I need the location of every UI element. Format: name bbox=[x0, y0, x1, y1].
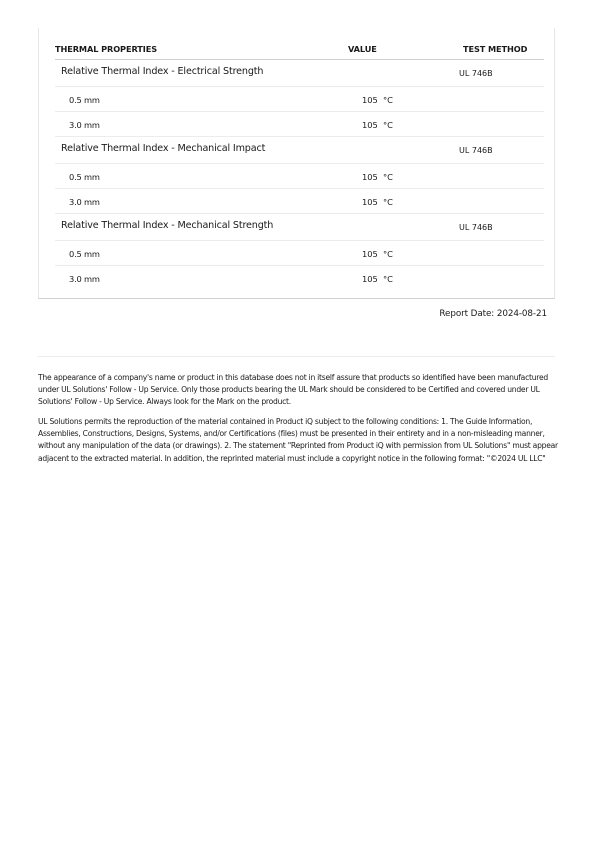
property-group-row: Relative Thermal Index - Electrical Stre… bbox=[55, 60, 544, 87]
unit: °C bbox=[383, 172, 393, 182]
thickness: 3.0 mm bbox=[69, 197, 100, 207]
thickness: 0.5 mm bbox=[69, 249, 100, 259]
thickness: 0.5 mm bbox=[69, 172, 100, 182]
test-method: UL 746B bbox=[459, 69, 493, 78]
thickness: 3.0 mm bbox=[69, 120, 100, 130]
thickness: 3.0 mm bbox=[69, 274, 100, 284]
header-test-method: TEST METHOD bbox=[463, 44, 527, 54]
header-property: THERMAL PROPERTIES bbox=[55, 44, 157, 54]
value: 105 bbox=[362, 172, 378, 182]
table-row: 3.0 mm 105 °C bbox=[55, 112, 544, 137]
table-row: 3.0 mm 105 °C bbox=[55, 266, 544, 291]
divider bbox=[38, 356, 555, 357]
unit: °C bbox=[383, 249, 393, 259]
property-name: Relative Thermal Index - Electrical Stre… bbox=[61, 66, 263, 77]
property-name: Relative Thermal Index - Mechanical Impa… bbox=[61, 143, 265, 154]
header-value: VALUE bbox=[348, 44, 377, 54]
unit: °C bbox=[383, 274, 393, 284]
value: 105 bbox=[362, 95, 378, 105]
property-group-row: Relative Thermal Index - Mechanical Stre… bbox=[55, 214, 544, 241]
property-name: Relative Thermal Index - Mechanical Stre… bbox=[61, 220, 273, 231]
value: 105 bbox=[362, 249, 378, 259]
table-header: THERMAL PROPERTIES VALUE TEST METHOD bbox=[55, 38, 544, 60]
test-method: UL 746B bbox=[459, 223, 493, 232]
value: 105 bbox=[362, 197, 378, 207]
thermal-properties-table: THERMAL PROPERTIES VALUE TEST METHOD Rel… bbox=[38, 28, 555, 299]
table-row: 3.0 mm 105 °C bbox=[55, 189, 544, 214]
unit: °C bbox=[383, 95, 393, 105]
reproduction-notice-paragraph: UL Solutions permits the reproduction of… bbox=[38, 416, 558, 465]
table-row: 0.5 mm 105 °C bbox=[55, 164, 544, 189]
value: 105 bbox=[362, 274, 378, 284]
value: 105 bbox=[362, 120, 378, 130]
test-method: UL 746B bbox=[459, 146, 493, 155]
property-group-row: Relative Thermal Index - Mechanical Impa… bbox=[55, 137, 544, 164]
report-date: Report Date: 2024-08-21 bbox=[439, 309, 547, 319]
unit: °C bbox=[383, 197, 393, 207]
table-row: 0.5 mm 105 °C bbox=[55, 87, 544, 112]
disclaimer-paragraph: The appearance of a company's name or pr… bbox=[38, 372, 558, 409]
table-row: 0.5 mm 105 °C bbox=[55, 241, 544, 266]
unit: °C bbox=[383, 120, 393, 130]
thickness: 0.5 mm bbox=[69, 95, 100, 105]
